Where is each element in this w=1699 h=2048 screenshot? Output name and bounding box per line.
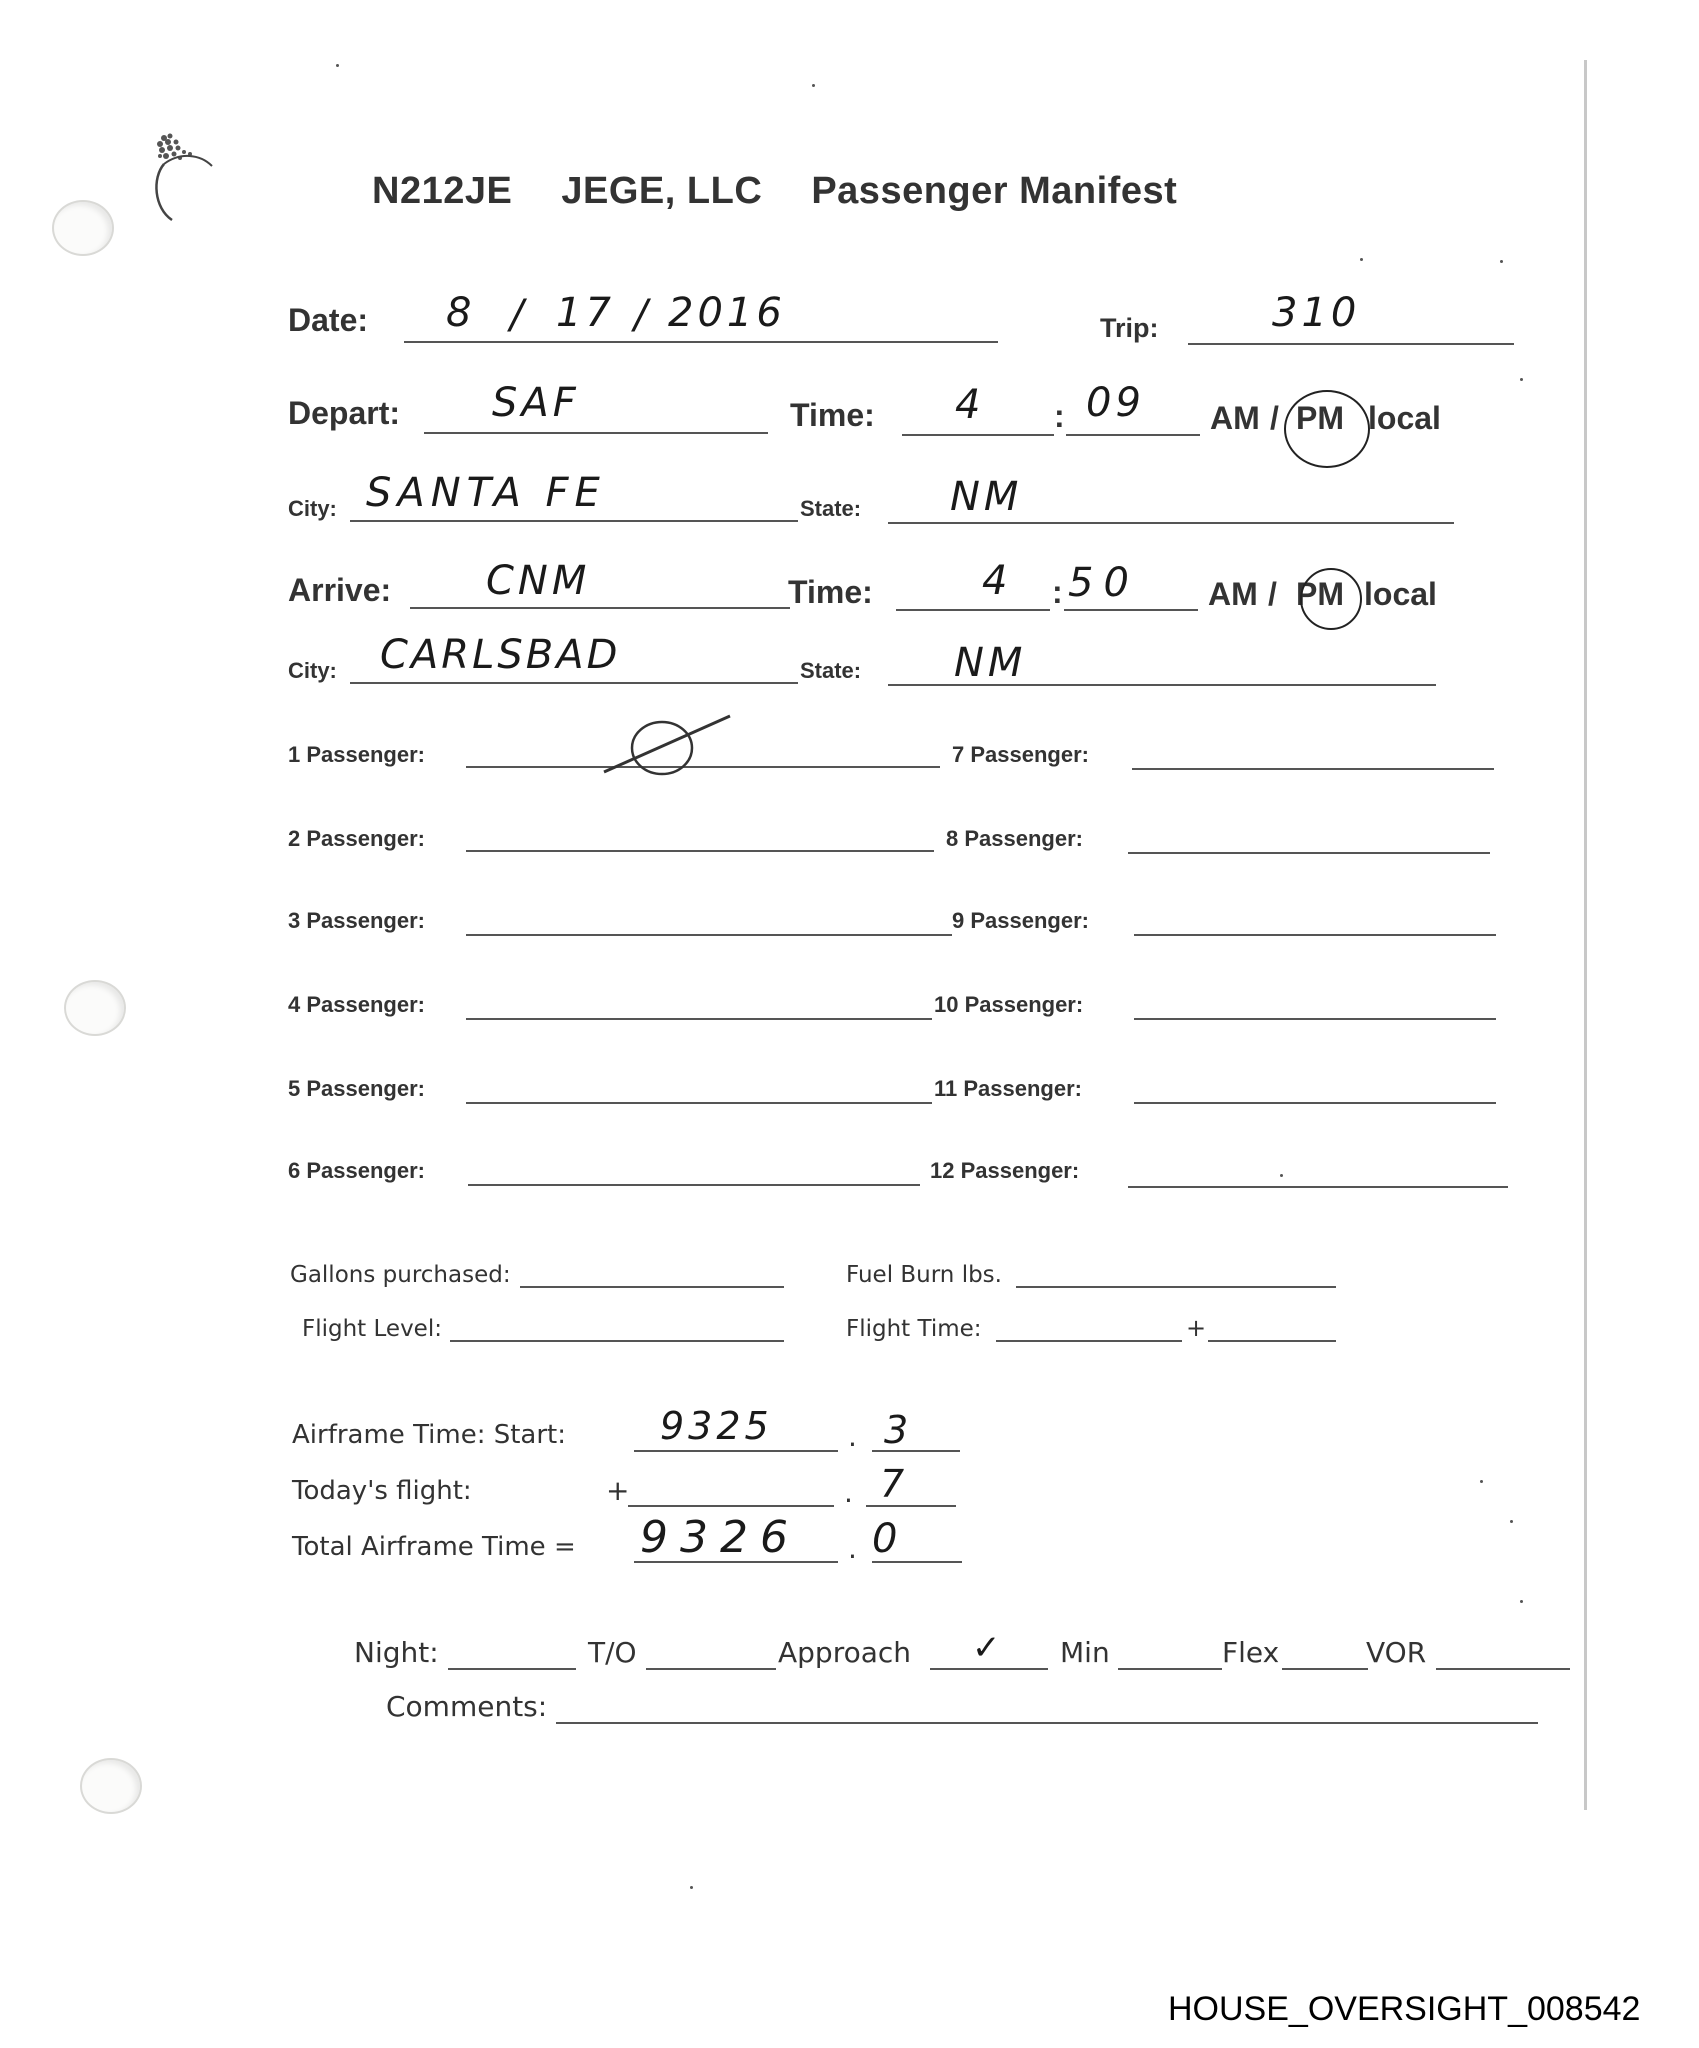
flight-level-field[interactable] <box>450 1340 784 1342</box>
flight-time-field-2[interactable] <box>1208 1340 1336 1342</box>
gallons-field[interactable] <box>520 1286 784 1288</box>
date-label: Date: <box>288 302 368 339</box>
date-sep-2: / <box>634 292 651 338</box>
scan-speck <box>336 64 339 67</box>
scan-speck <box>1480 1480 1483 1483</box>
passenger-4-field[interactable] <box>466 1018 932 1020</box>
passenger-3-label: 3 Passenger: <box>288 908 425 934</box>
punch-hole-middle <box>64 980 126 1036</box>
night-label: Night: <box>354 1636 439 1669</box>
punch-hole-top <box>52 200 114 256</box>
total-airframe-label: Total Airframe Time = <box>292 1532 576 1562</box>
arrive-field[interactable] <box>410 607 790 609</box>
arrive-slash: / <box>1268 576 1277 613</box>
scan-speck <box>1520 1600 1523 1603</box>
depart-colon: : <box>1054 398 1065 435</box>
total-airframe-whole: 9326 <box>640 1512 800 1563</box>
airframe-start-tenths: 3 <box>884 1408 912 1452</box>
passenger-1-label: 1 Passenger: <box>288 742 425 768</box>
passenger-7-field[interactable] <box>1132 768 1494 770</box>
depart-state-value: NM <box>950 474 1022 520</box>
date-field[interactable] <box>404 341 998 343</box>
arrive-city-value: CARLSBAD <box>380 632 620 678</box>
flex-label: Flex <box>1222 1636 1279 1669</box>
scan-speck <box>1360 258 1363 261</box>
flight-level-label: Flight Level: <box>302 1316 442 1342</box>
scan-speck <box>812 84 815 87</box>
todays-flight-label: Today's flight: <box>292 1476 472 1506</box>
min-label: Min <box>1060 1636 1110 1669</box>
passenger-2-label: 2 Passenger: <box>288 826 425 852</box>
takeoff-label: T/O <box>588 1636 637 1669</box>
date-year: 2016 <box>668 290 786 336</box>
fuel-burn-label: Fuel Burn lbs. <box>846 1262 1002 1288</box>
airframe-start-whole-field[interactable] <box>634 1450 838 1452</box>
passenger-11-label: 11 Passenger: <box>934 1076 1082 1102</box>
depart-field[interactable] <box>424 432 768 434</box>
vor-field[interactable] <box>1436 1668 1570 1670</box>
passenger-5-field[interactable] <box>466 1102 932 1104</box>
passenger-7-label: 7 Passenger: <box>952 742 1089 768</box>
page-edge-line <box>1584 60 1587 1810</box>
depart-city-value: SANTA FE <box>366 470 606 516</box>
company-name: JEGE, LLC <box>561 170 762 212</box>
flex-field[interactable] <box>1282 1668 1368 1670</box>
passenger-9-field[interactable] <box>1134 934 1496 936</box>
arrive-minute: 50 <box>1068 560 1139 606</box>
scan-speck <box>1510 1520 1513 1523</box>
flight-time-field-1[interactable] <box>996 1340 1182 1342</box>
passenger-6-field[interactable] <box>468 1184 920 1186</box>
todays-flight-decimal: . <box>844 1476 853 1509</box>
gallons-label: Gallons purchased: <box>290 1262 511 1288</box>
tail-number: N212JE <box>372 170 512 212</box>
night-field[interactable] <box>448 1668 576 1670</box>
total-airframe-decimal: . <box>848 1532 857 1565</box>
depart-slash: / <box>1270 400 1279 437</box>
vor-label: VOR <box>1366 1636 1426 1669</box>
todays-flight-tenths: 7 <box>880 1462 908 1506</box>
arrive-time-label: Time: <box>788 574 873 611</box>
passenger-8-field[interactable] <box>1128 852 1490 854</box>
flight-time-plus: + <box>1186 1314 1206 1342</box>
bates-number: HOUSE_OVERSIGHT_008542 <box>1168 1990 1640 2029</box>
depart-value: SAF <box>492 380 580 426</box>
trip-field[interactable] <box>1188 343 1514 345</box>
depart-time-label: Time: <box>790 397 875 434</box>
passenger-10-field[interactable] <box>1134 1018 1496 1020</box>
todays-flight-whole-field[interactable] <box>628 1505 834 1507</box>
depart-local: local <box>1368 400 1441 437</box>
depart-state-label: State: <box>800 496 861 522</box>
depart-hour: 4 <box>955 382 984 428</box>
passenger-10-label: 10 Passenger: <box>934 992 1083 1018</box>
date-day: 17 <box>556 290 615 336</box>
arrive-label: Arrive: <box>288 572 391 609</box>
passenger-8-label: 8 Passenger: <box>946 826 1083 852</box>
passenger-1-struck-mark <box>596 712 736 783</box>
arrive-value: CNM <box>486 558 590 604</box>
approach-field[interactable] <box>930 1668 1048 1670</box>
comments-field[interactable] <box>556 1722 1538 1724</box>
scan-speck <box>1280 1174 1283 1177</box>
arrive-hour: 4 <box>982 558 1011 604</box>
comments-label: Comments: <box>386 1690 547 1723</box>
airframe-start-whole: 9325 <box>660 1404 773 1448</box>
trip-value: 310 <box>1272 290 1360 336</box>
date-month: 8 <box>446 290 475 336</box>
passenger-6-label: 6 Passenger: <box>288 1158 425 1184</box>
depart-pm-circle-mark <box>1284 390 1370 468</box>
depart-minute-field[interactable] <box>1066 434 1200 436</box>
scan-speck <box>690 1886 693 1889</box>
arrive-colon: : <box>1052 574 1063 611</box>
passenger-12-label: 12 Passenger: <box>930 1158 1079 1184</box>
approach-checkmark-icon: ✓ <box>972 1628 1005 1668</box>
passenger-4-label: 4 Passenger: <box>288 992 425 1018</box>
depart-city-label: City: <box>288 496 337 522</box>
total-airframe-tenths: 0 <box>872 1516 901 1562</box>
airframe-start-decimal: . <box>848 1420 857 1453</box>
airframe-start-label: Airframe Time: Start: <box>292 1420 566 1450</box>
depart-state-field[interactable] <box>888 522 1454 524</box>
passenger-3-field[interactable] <box>466 934 952 936</box>
company-logo-icon <box>150 128 230 228</box>
fuel-burn-field[interactable] <box>1016 1286 1336 1288</box>
arrive-local: local <box>1364 576 1437 613</box>
arrive-am: AM <box>1208 576 1258 613</box>
passenger-2-field[interactable] <box>466 850 934 852</box>
depart-city-field[interactable] <box>350 520 798 522</box>
passenger-11-field[interactable] <box>1134 1102 1496 1104</box>
arrive-pm-circle-mark <box>1300 568 1362 630</box>
scan-speck <box>1520 378 1523 381</box>
form-title: N212JE JEGE, LLC Passenger Manifest <box>372 170 1177 213</box>
takeoff-field[interactable] <box>646 1668 776 1670</box>
min-field[interactable] <box>1118 1668 1222 1670</box>
arrive-hour-field[interactable] <box>896 609 1050 611</box>
depart-minute: 09 <box>1086 380 1145 426</box>
approach-label: Approach <box>778 1636 911 1669</box>
arrive-city-field[interactable] <box>350 682 798 684</box>
date-sep-1: / <box>510 292 527 338</box>
todays-flight-plus: + <box>606 1474 629 1507</box>
arrive-city-label: City: <box>288 658 337 684</box>
trip-label: Trip: <box>1100 313 1159 344</box>
arrive-state-label: State: <box>800 658 861 684</box>
manifest-title: Passenger Manifest <box>811 170 1177 212</box>
passenger-5-label: 5 Passenger: <box>288 1076 425 1102</box>
arrive-minute-field[interactable] <box>1064 609 1198 611</box>
passenger-12-field[interactable] <box>1128 1186 1508 1188</box>
depart-label: Depart: <box>288 395 400 432</box>
scan-speck <box>1500 260 1503 263</box>
flight-time-label: Flight Time: <box>846 1316 982 1342</box>
punch-hole-bottom <box>80 1758 142 1814</box>
depart-am: AM <box>1210 400 1260 437</box>
depart-hour-field[interactable] <box>902 434 1054 436</box>
arrive-state-value: NM <box>954 640 1026 686</box>
passenger-9-label: 9 Passenger: <box>952 908 1089 934</box>
